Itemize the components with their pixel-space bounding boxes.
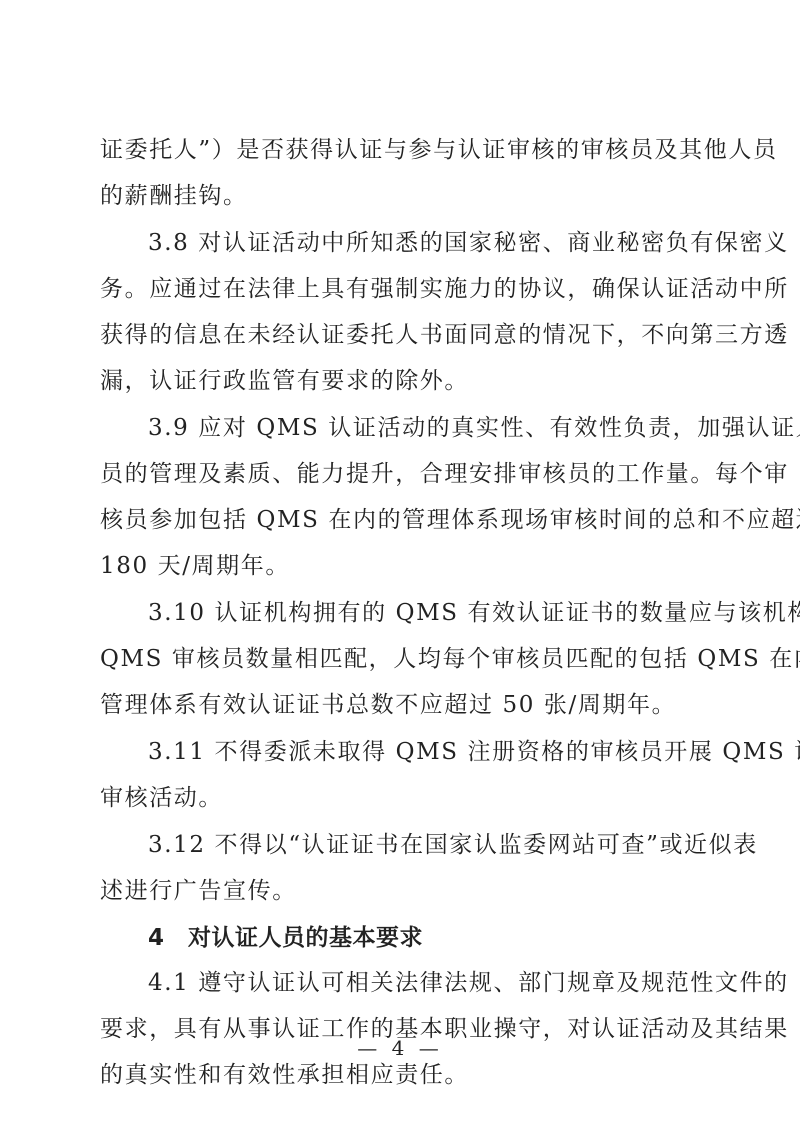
clause-3-10-line: 3.10 认证机构拥有的 QMS 有效认证证书的数量应与该机构 <box>148 598 700 628</box>
clause-3-8-line: 3.8 对认证活动中所知悉的国家秘密、商业秘密负有保密义 <box>148 228 700 258</box>
paragraph-line: 述进行广告宣传。 <box>100 876 700 906</box>
section-4-heading: 4 对认证人员的基本要求 <box>148 923 700 953</box>
paragraph-line: QMS 审核员数量相匹配，人均每个审核员匹配的包括 QMS 在内的 <box>100 644 700 674</box>
paragraph-line: 务。应通过在法律上具有强制实施力的协议，确保认证活动中所 <box>100 274 700 304</box>
paragraph-line: 的真实性和有效性承担相应责任。 <box>100 1060 700 1090</box>
document-page: 证委托人”）是否获得认证与参与认证审核的审核员及其他人员 的薪酬挂钩。 3.8 … <box>0 0 800 1130</box>
clause-3-9-line: 3.9 应对 QMS 认证活动的真实性、有效性负责，加强认证人 <box>148 413 700 443</box>
paragraph-line: 员的管理及素质、能力提升，合理安排审核员的工作量。每个审 <box>100 459 700 489</box>
clause-4-1-line: 4.1 遵守认证认可相关法律法规、部门规章及规范性文件的 <box>148 968 700 998</box>
clause-3-11-line: 3.11 不得委派未取得 QMS 注册资格的审核员开展 QMS 认证 <box>148 737 700 767</box>
paragraph-line: 的薪酬挂钩。 <box>100 181 700 211</box>
paragraph-line: 管理体系有效认证证书总数不应超过 50 张/周期年。 <box>100 690 700 720</box>
paragraph-line: 漏，认证行政监管有要求的除外。 <box>100 366 700 396</box>
paragraph-line: 获得的信息在未经认证委托人书面同意的情况下，不向第三方透 <box>100 320 700 350</box>
paragraph-line: 审核活动。 <box>100 783 700 813</box>
paragraph-line: 证委托人”）是否获得认证与参与认证审核的审核员及其他人员 <box>100 135 700 165</box>
paragraph-line: 180 天/周期年。 <box>100 551 700 581</box>
page-number: — 4 — <box>0 1036 800 1060</box>
clause-3-12-line: 3.12 不得以“认证证书在国家认监委网站可查”或近似表 <box>148 830 700 860</box>
paragraph-line: 核员参加包括 QMS 在内的管理体系现场审核时间的总和不应超过 <box>100 505 700 535</box>
